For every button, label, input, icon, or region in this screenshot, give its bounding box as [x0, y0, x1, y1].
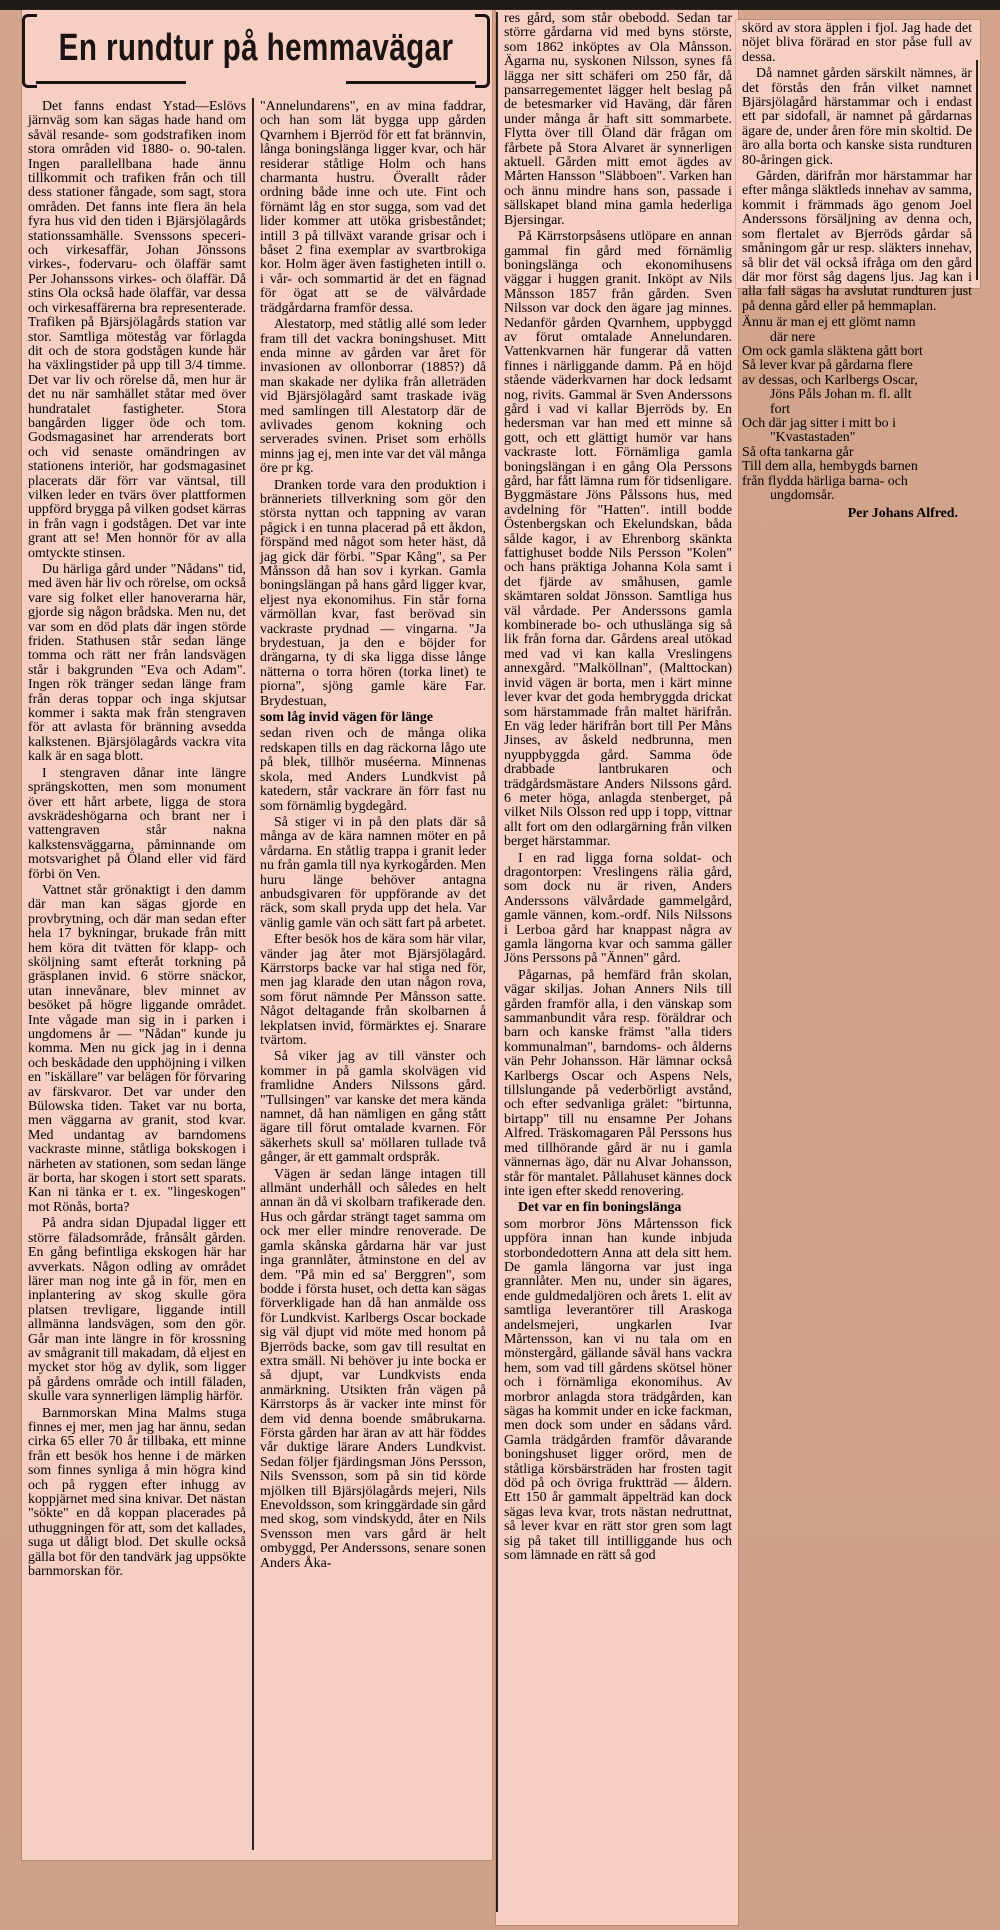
headline-rule-left — [36, 81, 186, 84]
scan-top-edge — [0, 0, 1000, 10]
poem-line: av dessas, och Karlbergs Oscar, — [742, 374, 972, 388]
paragraph: Så stiger vi in på den plats där så mång… — [260, 816, 486, 931]
paragraph-bold-line: som låg invid vägen för länge — [260, 711, 486, 725]
paragraph: sedan riven och de många olika redskapen… — [260, 727, 486, 813]
headline-bracket-left — [22, 14, 37, 88]
poem-line: fort — [742, 403, 972, 417]
paragraph: Då namnet gården särskilt nämnes, är det… — [742, 67, 972, 168]
paragraph: res gård, som står obebodd. Sedan tar st… — [504, 12, 732, 228]
poem-line: Om ock gamla släktena gått bort — [742, 345, 972, 359]
paragraph: Alestatorp, med ståtlig allé som leder f… — [260, 318, 486, 476]
poem-line: Jöns Påls Johan m. fl. allt — [742, 388, 972, 402]
poem-line: där nere — [742, 331, 972, 345]
paragraph: Vägen är sedan länge intagen till allmän… — [260, 1168, 486, 1571]
closing-poem: Ännu är man ej ett glömt namn där nere O… — [742, 316, 972, 503]
poem-line: Så ofta tankarna går — [742, 446, 972, 460]
paragraph: Barnmorskan Mina Malms stuga finnes ej m… — [28, 1407, 246, 1580]
paragraph: På andra sidan Djupadal ligger ett störr… — [28, 1217, 246, 1404]
paragraph: Gården, därifrån mor härstammar har efte… — [742, 170, 972, 314]
headline-rule-right — [346, 81, 476, 84]
paragraph: Efter besök hos de kära som här vilar, v… — [260, 933, 486, 1048]
headline-bracket-right — [475, 14, 490, 88]
poem-line: från flydda härliga barna- och — [742, 475, 972, 489]
paragraph: Dranken torde vara den produktion i brän… — [260, 479, 486, 710]
article-title: En rundtur på hemmavägar — [59, 27, 454, 70]
paragraph: I stengraven dånar inte längre sprängsko… — [28, 767, 246, 882]
paragraph: Pågarnas, på hemfärd från skolan, vägar … — [504, 969, 732, 1200]
paragraph: Så viker jag av till vänster och kommer … — [260, 1050, 486, 1165]
paragraph: "Annelundarens", en av mina faddrar, och… — [260, 100, 486, 316]
article-column-2: "Annelundarens", en av mina faddrar, och… — [254, 100, 492, 1573]
poem-line: "Kvastastaden" — [742, 431, 972, 445]
author-signature: Per Johans Alfred. — [742, 507, 972, 521]
headline-box: En rundtur på hemmavägar — [22, 12, 490, 84]
poem-line: Till dem alla, hembygds barnen — [742, 460, 972, 474]
paragraph-bold-line: Det var en fin boningslänga — [504, 1201, 732, 1215]
article-column-4: skörd av stora äpplen i fjol. Jag hade d… — [736, 22, 978, 522]
poem-line: Så lever kvar på gårdarna flere — [742, 359, 972, 373]
paragraph: som morbror Jöns Mårtensson fick uppföra… — [504, 1218, 732, 1564]
poem-line: ungdomsår. — [742, 489, 972, 503]
poem-line: Ännu är man ej ett glömt namn — [742, 316, 972, 330]
paragraph: Du härliga gård under "Nådans" tid, med … — [28, 563, 246, 765]
paragraph: På Kärrstorpsåsens utlöpare en annan gam… — [504, 230, 732, 849]
paragraph: I en rad ligga forna soldat- och dragont… — [504, 852, 732, 967]
paragraph: skörd av stora äpplen i fjol. Jag hade d… — [742, 22, 972, 65]
poem-line: Och där jag sitter i mitt bo i — [742, 417, 972, 431]
article-column-1: Det fanns endast Ystad—Eslövs järnväg so… — [22, 100, 252, 1581]
article-column-3: res gård, som står obebodd. Sedan tar st… — [498, 12, 738, 1565]
paragraph: Det fanns endast Ystad—Eslövs järnväg so… — [28, 100, 246, 561]
paragraph: Vattnet står grönaktigt i den damm där m… — [28, 884, 246, 1215]
